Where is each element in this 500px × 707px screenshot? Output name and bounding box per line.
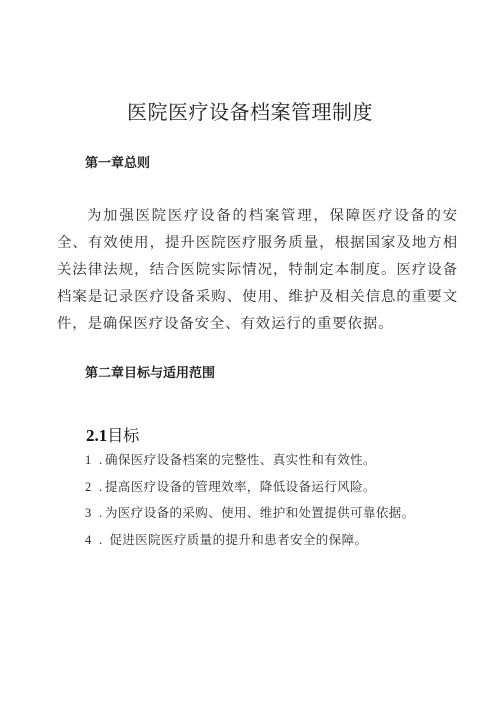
list-item-number: 2 (85, 478, 99, 496)
section-2-1-heading: 2.1目标 (86, 423, 139, 446)
chapter-1-heading: 第一章总则 (85, 152, 150, 171)
list-item-number: 4 (85, 531, 99, 549)
document-title: 医院医疗设备档案管理制度 (0, 96, 500, 125)
section-title: 目标 (107, 426, 139, 445)
section-number: 2.1 (86, 426, 107, 445)
list-item: 1.确保医疗设备档案的完整性、真实性和有效性。 (85, 451, 415, 478)
list-item-text: 促进医院医疗质量的提升和患者安全的保障。 (105, 532, 367, 547)
chapter-1-paragraph: 为加强医院医疗设备的档案管理，保障医疗设备的安全、有效使用，提升医院医疗服务质量… (57, 203, 458, 338)
document-page: 医院医疗设备档案管理制度 第一章总则 为加强医院医疗设备的档案管理，保障医疗设备… (0, 0, 500, 707)
list-item-number: 3 (85, 504, 99, 522)
list-item-text: 为医疗设备的采购、使用、维护和处置提供可靠依据。 (105, 505, 415, 520)
list-item: 4. 促进医院医疗质量的提升和患者安全的保障。 (85, 531, 415, 558)
list-item: 3.为医疗设备的采购、使用、维护和处置提供可靠依据。 (85, 504, 415, 531)
list-item-text: 确保医疗设备档案的完整性、真实性和有效性。 (105, 452, 376, 467)
list-item-number: 1 (85, 451, 99, 469)
list-item-text: 提高医疗设备的管理效率，降低设备运行风险。 (105, 479, 376, 494)
list-item: 2.提高医疗设备的管理效率，降低设备运行风险。 (85, 478, 415, 505)
chapter-2-heading: 第二章目标与适用范围 (85, 362, 215, 381)
goal-list: 1.确保医疗设备档案的完整性、真实性和有效性。 2.提高医疗设备的管理效率，降低… (85, 451, 415, 557)
